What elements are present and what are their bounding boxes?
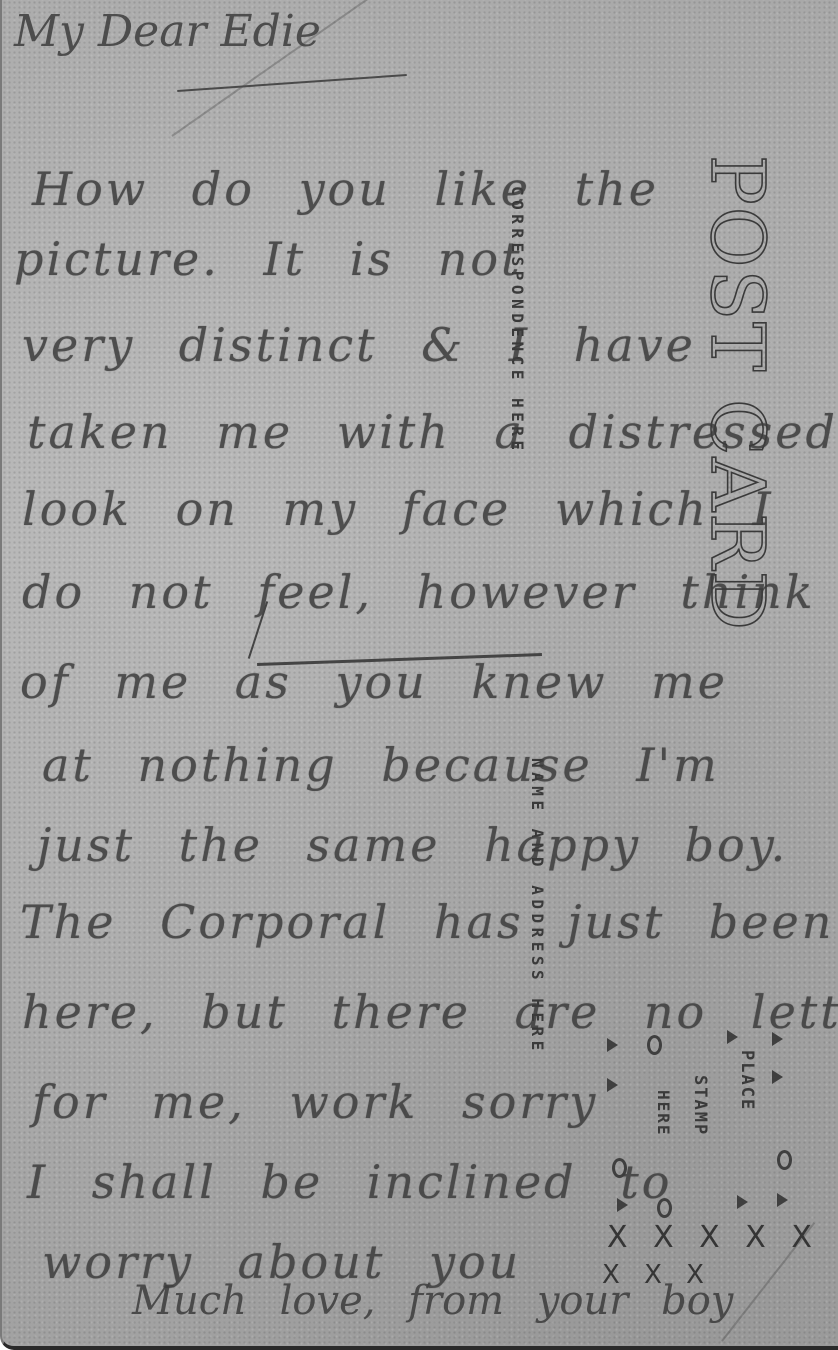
handwritten-line: The Corporal has just been: [20, 895, 834, 949]
stamp-border-triangle-icon: [607, 1078, 618, 1092]
handwritten-line: look on my face which I: [22, 482, 774, 536]
kisses-row: X X X X X: [607, 1220, 820, 1255]
handwritten-line: taken me with a distressed: [27, 405, 838, 459]
stamp-border-triangle-icon: [777, 1193, 788, 1207]
handwritten-line: for me, work sorry: [32, 1075, 598, 1129]
handwritten-greeting: My Dear Edie: [14, 6, 321, 57]
postcard-back: CORRESPONDENCE HERE NAME AND ADDRESS HER…: [0, 0, 838, 1350]
stamp-border-circle-icon: [777, 1150, 792, 1170]
handwritten-line: at nothing because I'm: [42, 738, 720, 792]
handwritten-line: How do you like the: [32, 162, 659, 216]
handwritten-line: picture. It is not: [14, 232, 523, 286]
stamp-border-triangle-icon: [607, 1038, 618, 1052]
handwritten-line: I shall be inclined to: [27, 1155, 672, 1209]
stamp-border-triangle-icon: [772, 1070, 783, 1084]
post-card-title: POST CARD: [694, 155, 780, 632]
handwritten-line: do not feel, however think: [22, 565, 816, 619]
handwritten-line: just the same happy boy.: [37, 818, 788, 872]
stamp-stamp-label: STAMP: [690, 1075, 710, 1136]
handwritten-closing: Much love, from your boy: [132, 1278, 733, 1324]
stamp-place-label: PLACE: [737, 1050, 757, 1111]
stamp-here-label: HERE: [654, 1090, 673, 1137]
stamp-border-triangle-icon: [737, 1195, 748, 1209]
handwritten-line: very distinct & I have: [22, 318, 696, 372]
handwritten-line: here, but there are no letters: [22, 985, 838, 1039]
handwritten-line: of me as you knew me: [20, 655, 728, 709]
greeting-underline: [177, 74, 407, 92]
